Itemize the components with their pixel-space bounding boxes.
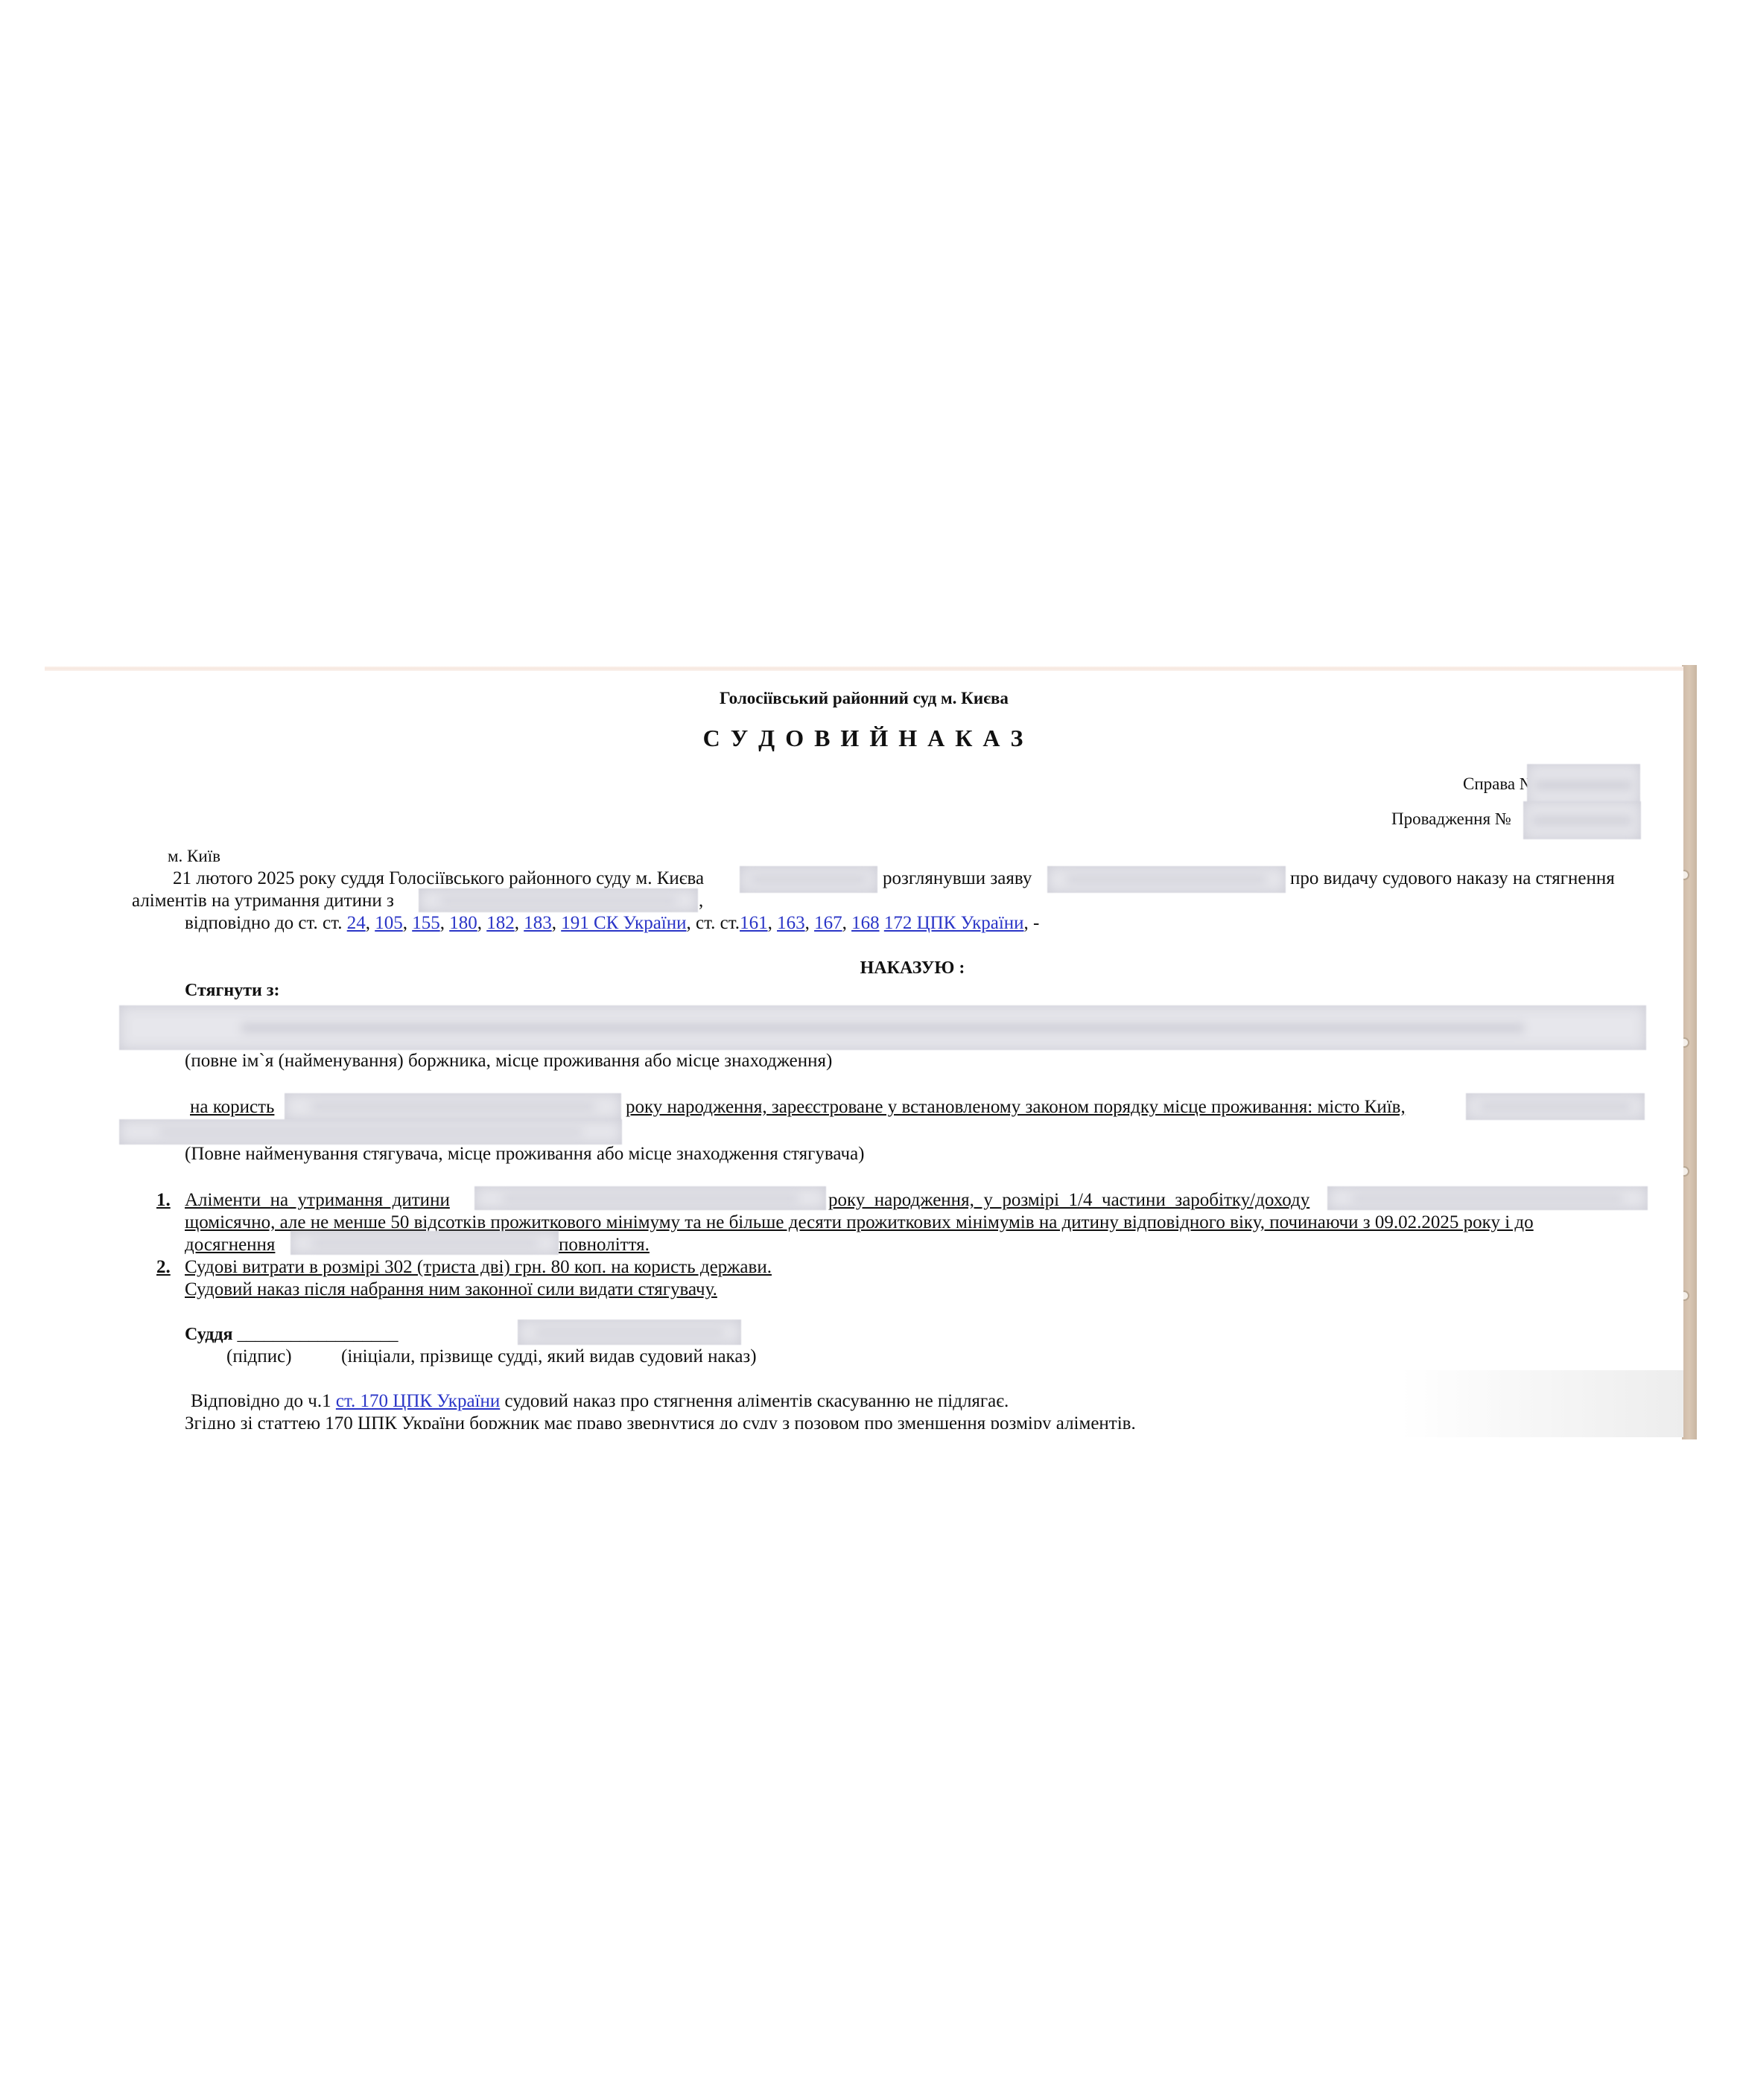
- beneficiary-prefix: на користь: [190, 1096, 274, 1119]
- judge-name-caption: (ініціали, прізвище судді, який видав су…: [341, 1346, 757, 1368]
- page-edge-scrollbar[interactable]: [1682, 665, 1697, 1439]
- intro-text-4: аліментів на утримання дитини з: [132, 890, 394, 912]
- article-link[interactable]: 163: [777, 913, 805, 933]
- family-code-links: 24, 105, 155, 180, 182, 183, 191 СК Укра…: [347, 913, 687, 933]
- child-name-redacted-2: [290, 1231, 559, 1255]
- item-1-text-c: досягнення: [185, 1234, 275, 1256]
- order-heading: НАКАЗУЮ :: [45, 957, 1683, 979]
- article-link[interactable]: 155: [412, 913, 440, 933]
- article-link[interactable]: 182: [486, 913, 515, 933]
- article-link[interactable]: 24: [347, 913, 366, 933]
- article-link[interactable]: 168: [851, 913, 880, 933]
- article-link[interactable]: 180: [449, 913, 477, 933]
- footer-suffix: судовий наказ про стягнення аліментів ск…: [505, 1391, 1009, 1411]
- legal-basis-prefix: відповідно до ст. ст.: [185, 913, 342, 933]
- page-curl-shadow: [1400, 1370, 1683, 1437]
- proceeding-number-label: Провадження №: [1391, 808, 1511, 830]
- debtor-caption: (повне ім`я (найменування) боржника, міс…: [185, 1050, 832, 1072]
- link-separator: ,: [768, 913, 778, 933]
- link-separator: ,: [440, 913, 450, 933]
- item-1-text-a: Аліменти на утримання дитини: [185, 1189, 450, 1212]
- article-link[interactable]: 183: [524, 913, 552, 933]
- applicant-name-redacted: [1047, 866, 1286, 893]
- beneficiary-caption: (Повне найменування стягувача, місце про…: [185, 1143, 865, 1165]
- item-2-text-line2: Судовий наказ після набрання ним законно…: [185, 1279, 717, 1301]
- beneficiary-name-redacted: [285, 1093, 621, 1120]
- beneficiary-address-redacted-1: [1466, 1093, 1645, 1120]
- debtor-details-redacted: [119, 1005, 1646, 1050]
- link-separator: ,: [477, 913, 487, 933]
- link-separator: ,: [366, 913, 375, 933]
- article-link[interactable]: 105: [375, 913, 403, 933]
- civil-procedure-code-links: 161, 163, 167, 168 172 ЦПК України: [740, 913, 1023, 933]
- intro-text-1: 21 лютого 2025 року суддя Голосіївського…: [173, 868, 704, 890]
- signature-caption: (підпис): [226, 1346, 292, 1368]
- case-number-label: Справа №: [1463, 773, 1536, 795]
- beneficiary-address-redacted-2: [119, 1119, 622, 1145]
- beneficiary-text: року народження, зареєстроване у встанов…: [626, 1096, 1406, 1119]
- article-link[interactable]: 172 ЦПК України: [884, 913, 1024, 933]
- article-link[interactable]: 167: [814, 913, 842, 933]
- debtor-name-redacted: [419, 888, 698, 912]
- item-2-number: 2.: [156, 1256, 171, 1279]
- article-link[interactable]: 161: [740, 913, 768, 933]
- court-order-document: Голосіївський районний суд м. Києва С У …: [45, 666, 1683, 1437]
- article-170-link[interactable]: ст. 170 ЦПК України: [336, 1391, 500, 1411]
- case-number-redacted: [1527, 764, 1640, 806]
- intro-text-3: про видачу судового наказу на стягнення: [1290, 868, 1615, 890]
- intro-text-2: розглянувши заяву: [883, 868, 1032, 890]
- legal-basis-mid: , ст. ст.: [687, 913, 740, 933]
- court-name: Голосіївський районний суд м. Києва: [45, 687, 1683, 710]
- judge-label-text: Суддя: [185, 1325, 233, 1344]
- item-1-text-d: повноліття.: [559, 1234, 650, 1256]
- item-2-text: Судові витрати в розмірі 302 (триста дві…: [185, 1256, 772, 1279]
- child-name-redacted: [474, 1186, 826, 1210]
- item-1-number: 1.: [156, 1189, 171, 1212]
- proceeding-number-redacted: [1523, 801, 1641, 839]
- signature-line: __________________: [238, 1325, 399, 1344]
- debtor-income-redacted: [1327, 1186, 1648, 1210]
- intro-comma: ,: [699, 890, 703, 912]
- link-separator: ,: [842, 913, 852, 933]
- link-separator: ,: [552, 913, 562, 933]
- link-separator: ,: [805, 913, 815, 933]
- document-top-border: [45, 666, 1683, 671]
- collect-from-label: Стягнути з:: [185, 979, 279, 1002]
- document-title: С У Д О В И Й Н А К А З: [45, 725, 1683, 751]
- link-separator: ,: [515, 913, 524, 933]
- judge-label: Суддя __________________: [185, 1323, 399, 1346]
- city: м. Київ: [168, 845, 220, 868]
- judge-name-redacted: [740, 866, 877, 893]
- judge-initials-redacted: [518, 1320, 741, 1345]
- footer-line-2: Згідно зі статтею 170 ЦПК України боржни…: [185, 1413, 1136, 1429]
- article-link[interactable]: 191 СК України: [561, 913, 686, 933]
- link-separator: ,: [403, 913, 413, 933]
- legal-basis-suffix: , -: [1024, 913, 1040, 933]
- footer-line-1: Відповідно до ч.1 ст. 170 ЦПК України су…: [191, 1390, 1009, 1413]
- legal-basis-line: відповідно до ст. ст. 24, 105, 155, 180,…: [185, 912, 1039, 935]
- item-1-text-b: року народження, у розмірі 1/4 частини з…: [828, 1189, 1309, 1212]
- footer-prefix: Відповідно до ч.1: [191, 1391, 331, 1411]
